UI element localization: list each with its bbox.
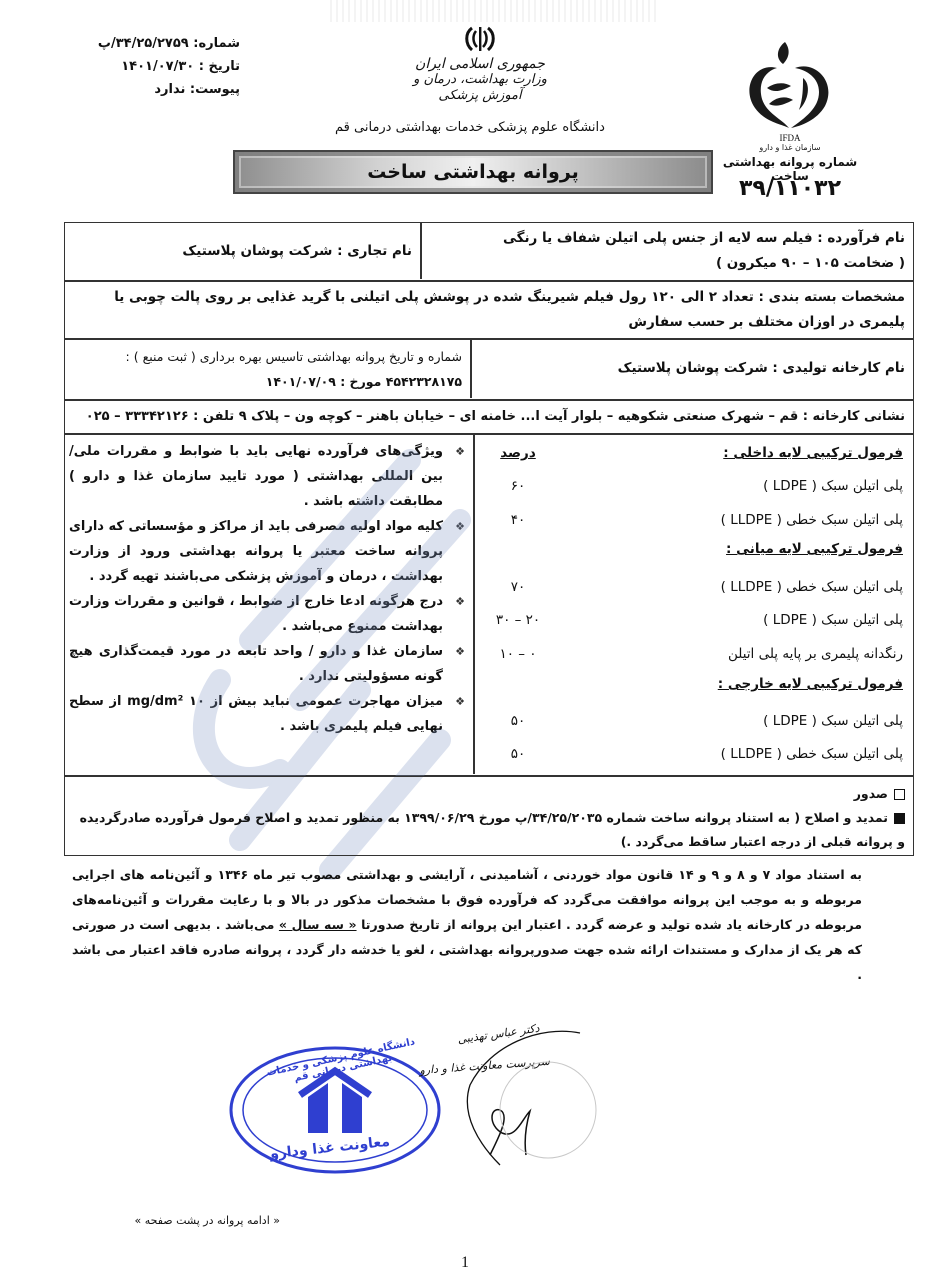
- address-row: نشانی کارخانه : قم – شهرک صنعتی شکوهیه –…: [64, 400, 914, 434]
- validity-period: « سه سال »: [279, 917, 357, 932]
- section-title: فرمول ترکیبی لایه میانی :: [726, 535, 903, 563]
- scan-noise: [330, 0, 660, 22]
- formula-item: پلی اتیلن سبک ( LDPE ) ۶۰: [473, 472, 913, 500]
- emblem-icon: [463, 24, 497, 54]
- formula-header-middle: فرمول ترکیبی لایه میانی :: [473, 535, 913, 563]
- formula-item: رنگدانه پلیمری بر پایه پلی اتیلن ۱۰ – ۰: [473, 640, 913, 668]
- section-title: فرمول ترکیبی لایه داخلی :: [723, 439, 903, 467]
- factory-name: نام کارخانه تولیدی : شرکت پوشان پلاستیک: [470, 356, 913, 381]
- formula-item: پلی اتیلن سبک خطی ( LLDPE ) ۵۰: [473, 740, 913, 768]
- issue-type-row: صدور تمدید و اصلاح ( به استناد پروانه سا…: [64, 776, 914, 856]
- permit-number: ۳۹/۱۱۰۳۲: [710, 176, 870, 201]
- rule-item: کلیه مواد اولیه مصرفی باید از مراکز و مؤ…: [69, 514, 465, 589]
- formula-item: پلی اتیلن سبک خطی ( LLDPE ) ۴۰: [473, 506, 913, 534]
- handwritten-signature: [430, 1015, 610, 1175]
- ifda-fa-name: سازمان غذا و دارو: [730, 143, 850, 152]
- issue-type: صدور تمدید و اصلاح ( به استناد پروانه سا…: [75, 782, 905, 854]
- document-title-banner: پروانه بهداشتی ساخت: [233, 150, 713, 194]
- formula-header-outer: فرمول ترکیبی لایه خارجی :: [473, 670, 913, 698]
- emblem-country: جمهوری اسلامی ایران: [400, 56, 560, 72]
- legal-paragraph: به استناد مواد ۷ و ۸ و ۹ و ۱۴ قانون مواد…: [72, 862, 862, 987]
- product-row: نام فرآورده : فیلم سه لایه از جنس پلی ات…: [64, 222, 914, 281]
- letter-attachment: پیوست: ندارد: [60, 78, 240, 101]
- section-title: فرمول ترکیبی لایه خارجی :: [718, 670, 903, 698]
- packaging-spec: مشخصات بسته بندی : تعداد ۲ الی ۱۲۰ رول ف…: [67, 285, 913, 335]
- percent-header: درصد: [493, 439, 543, 467]
- establishment-permit: شماره و تاریخ پروانه بهداشتی تاسیس بهره …: [65, 344, 470, 394]
- continued-note: « ادامه پروانه در پشت صفحه »: [100, 1214, 280, 1227]
- formula-item: پلی اتیلن سبک ( LDPE ) ۳۰ – ۲۰: [473, 606, 913, 634]
- page-number: 1: [450, 1254, 480, 1272]
- rule-item: درج هرگونه ادعا خارج از ضوابط ، قوانین و…: [69, 589, 465, 639]
- rule-item: میزان مهاجرت عمومی نباید بیش از ۱۰ mg/dm…: [69, 689, 465, 739]
- document-title: پروانه بهداشتی ساخت: [367, 161, 579, 183]
- issue-option: صدور: [75, 782, 905, 806]
- ifda-apple-icon: [745, 38, 835, 133]
- emblem-ministry: وزارت بهداشت، درمان و آموزش پزشکی: [400, 72, 560, 104]
- rule-item: سازمان غذا و دارو / واحد تابعه در مورد ق…: [69, 639, 465, 689]
- rules-list: ویژگی‌های فرآورده نهایی باید با ضوابط و …: [69, 439, 465, 739]
- formula-panel: فرمول ترکیبی لایه داخلی : درصد پلی اتیلن…: [473, 435, 913, 774]
- packaging-row: مشخصات بسته بندی : تعداد ۲ الی ۱۲۰ رول ف…: [64, 281, 914, 339]
- letter-meta: شماره: ۳۴/۲۵/۲۷۵۹/پ تاریخ : ۱۴۰۱/۰۷/۳۰ پ…: [60, 32, 240, 101]
- iran-emblem: جمهوری اسلامی ایران وزارت بهداشت، درمان …: [400, 24, 560, 104]
- issue-checkbox: [894, 789, 905, 800]
- factory-address: نشانی کارخانه : قم – شهرک صنعتی شکوهیه –…: [67, 404, 913, 429]
- brand-name: نام تجاری : شرکت پوشان پلاستیک: [65, 239, 420, 264]
- rule-item: ویژگی‌های فرآورده نهایی باید با ضوابط و …: [69, 439, 465, 514]
- ifda-logo: IFDA سازمان غذا و دارو: [730, 38, 850, 152]
- formula-header-inner: فرمول ترکیبی لایه داخلی : درصد: [473, 439, 913, 467]
- renewal-option: تمدید و اصلاح ( به استناد پروانه ساخت شم…: [75, 806, 905, 854]
- factory-row: نام کارخانه تولیدی : شرکت پوشان پلاستیک …: [64, 339, 914, 400]
- formula-rules-row: فرمول ترکیبی لایه داخلی : درصد پلی اتیلن…: [64, 434, 914, 776]
- product-name: نام فرآورده : فیلم سه لایه از جنس پلی ات…: [420, 226, 913, 276]
- formula-item: پلی اتیلن سبک خطی ( LLDPE ) ۷۰: [473, 573, 913, 601]
- renewal-checkbox: [894, 813, 905, 824]
- university-name: دانشگاه علوم پزشکی خدمات بهداشتی درمانی …: [300, 120, 640, 135]
- letter-number: شماره: ۳۴/۲۵/۲۷۵۹/پ: [60, 32, 240, 55]
- formula-item: پلی اتیلن سبک ( LDPE ) ۵۰: [473, 707, 913, 735]
- ifda-abbrev: IFDA: [730, 133, 850, 143]
- letter-date: تاریخ : ۱۴۰۱/۰۷/۳۰: [60, 55, 240, 78]
